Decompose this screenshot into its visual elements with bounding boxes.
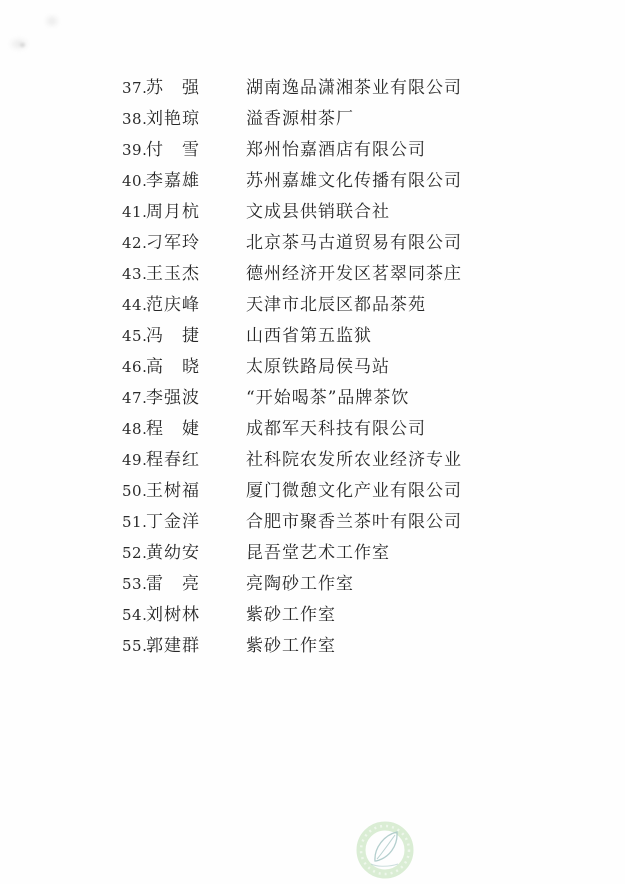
item-org: 苏州嘉雄文化传播有限公司 xyxy=(246,166,462,197)
list-item: 53. 雷 亮 亮陶砂工作室 xyxy=(122,569,542,600)
item-number: 41. xyxy=(122,197,146,228)
list-item: 47. 李强波 “开始喝茶”品牌茶饮 xyxy=(122,383,542,414)
list-item: 41. 周月杭 文成县供销联合社 xyxy=(122,197,542,228)
item-org: 太原铁路局侯马站 xyxy=(246,352,390,383)
list-item: 38. 刘艳琼 溢香源柑茶厂 xyxy=(122,104,542,135)
item-name: 李嘉雄 xyxy=(146,166,246,197)
list-item: 39. 付 雪 郑州怡嘉酒店有限公司 xyxy=(122,135,542,166)
item-org: 社科院农发所农业经济专业 xyxy=(246,445,462,476)
list-item: 37. 苏 强 湖南逸品潇湘茶业有限公司 xyxy=(122,73,542,104)
item-number: 52. xyxy=(122,538,146,569)
item-org: 昆吾堂艺术工作室 xyxy=(246,538,390,569)
item-number: 47. xyxy=(122,383,146,414)
list-item: 55. 郭建群 紫砂工作室 xyxy=(122,631,542,662)
item-name: 周月杭 xyxy=(146,197,246,228)
item-org: 合肥市聚香兰茶叶有限公司 xyxy=(246,507,462,538)
list-item: 42. 刁军玲 北京茶马古道贸易有限公司 xyxy=(122,228,542,259)
item-number: 49. xyxy=(122,445,146,476)
item-org: 湖南逸品潇湘茶业有限公司 xyxy=(246,73,462,104)
item-name: 刘艳琼 xyxy=(146,104,246,135)
item-org: 山西省第五监狱 xyxy=(246,321,372,352)
item-org: 成都军天科技有限公司 xyxy=(246,414,426,445)
list-item: 50. 王树福 厦门微憩文化产业有限公司 xyxy=(122,476,542,507)
item-name: 王树福 xyxy=(146,476,246,507)
list-item: 54. 刘树林 紫砂工作室 xyxy=(122,600,542,631)
item-number: 40. xyxy=(122,166,146,197)
item-name: 冯 捷 xyxy=(146,321,246,352)
item-org: 德州经济开发区茗翠同茶庄 xyxy=(246,259,462,290)
list-item: 44. 范庆峰 天津市北辰区都品茶苑 xyxy=(122,290,542,321)
scan-smudge xyxy=(19,42,26,48)
item-name: 程 婕 xyxy=(146,414,246,445)
item-name: 刘树林 xyxy=(146,600,246,631)
item-name: 范庆峰 xyxy=(146,290,246,321)
list-item: 49. 程春红 社科院农发所农业经济专业 xyxy=(122,445,542,476)
item-number: 46. xyxy=(122,352,146,383)
item-org: 亮陶砂工作室 xyxy=(246,569,354,600)
item-org: 紫砂工作室 xyxy=(246,631,336,662)
list-item: 46. 高 晓 太原铁路局侯马站 xyxy=(122,352,542,383)
item-number: 43. xyxy=(122,259,146,290)
item-name: 李强波 xyxy=(146,383,246,414)
item-org: 厦门微憩文化产业有限公司 xyxy=(246,476,462,507)
item-number: 51. xyxy=(122,507,146,538)
list-item: 52. 黄幼安 昆吾堂艺术工作室 xyxy=(122,538,542,569)
item-name: 程春红 xyxy=(146,445,246,476)
item-name: 黄幼安 xyxy=(146,538,246,569)
item-number: 50. xyxy=(122,476,146,507)
item-number: 42. xyxy=(122,228,146,259)
item-name: 丁金洋 xyxy=(146,507,246,538)
item-number: 55. xyxy=(122,631,146,662)
scan-smudge xyxy=(8,37,30,51)
item-org: 紫砂工作室 xyxy=(246,600,336,631)
item-number: 45. xyxy=(122,321,146,352)
item-name: 雷 亮 xyxy=(146,569,246,600)
item-name: 高 晓 xyxy=(146,352,246,383)
item-number: 44. xyxy=(122,290,146,321)
list-item: 43. 王玉杰 德州经济开发区茗翠同茶庄 xyxy=(122,259,542,290)
item-org: 文成县供销联合社 xyxy=(246,197,390,228)
item-org: 溢香源柑茶厂 xyxy=(246,104,354,135)
leaf-seal-icon xyxy=(353,818,417,884)
item-org: 天津市北辰区都品茶苑 xyxy=(246,290,426,321)
list-item: 51. 丁金洋 合肥市聚香兰茶叶有限公司 xyxy=(122,507,542,538)
item-number: 37. xyxy=(122,73,146,104)
item-number: 53. xyxy=(122,569,146,600)
item-name: 王玉杰 xyxy=(146,259,246,290)
item-number: 39. xyxy=(122,135,146,166)
item-org: 郑州怡嘉酒店有限公司 xyxy=(246,135,426,166)
list-item: 48. 程 婕 成都军天科技有限公司 xyxy=(122,414,542,445)
document-page: 37. 苏 强 湖南逸品潇湘茶业有限公司 38. 刘艳琼 溢香源柑茶厂 39. … xyxy=(0,0,625,884)
item-org: 北京茶马古道贸易有限公司 xyxy=(246,228,462,259)
item-name: 付 雪 xyxy=(146,135,246,166)
scan-smudge xyxy=(44,14,60,28)
item-org: “开始喝茶”品牌茶饮 xyxy=(246,383,409,414)
list-item: 45. 冯 捷 山西省第五监狱 xyxy=(122,321,542,352)
item-name: 郭建群 xyxy=(146,631,246,662)
item-name: 苏 强 xyxy=(146,73,246,104)
item-name: 刁军玲 xyxy=(146,228,246,259)
list-item: 40. 李嘉雄 苏州嘉雄文化传播有限公司 xyxy=(122,166,542,197)
item-number: 54. xyxy=(122,600,146,631)
name-org-list: 37. 苏 强 湖南逸品潇湘茶业有限公司 38. 刘艳琼 溢香源柑茶厂 39. … xyxy=(122,73,542,662)
item-number: 48. xyxy=(122,414,146,445)
item-number: 38. xyxy=(122,104,146,135)
